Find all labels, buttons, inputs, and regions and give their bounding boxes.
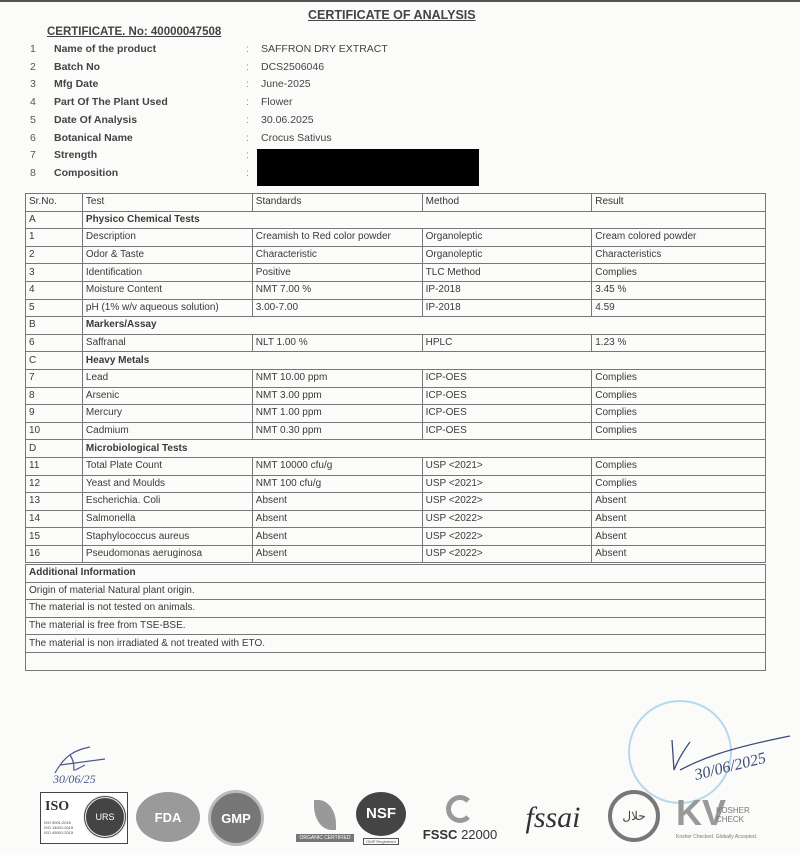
table-cell: 6 <box>26 334 83 352</box>
table-cell: NMT 1.00 ppm <box>252 405 422 423</box>
table-cell: ICP-OES <box>422 422 592 440</box>
certification-logos: ISO ISO 9001:2015ISO 14001:2015ISO 45001… <box>40 790 800 845</box>
info-label: Part Of The Plant Used <box>54 96 168 108</box>
table-cell: NLT 1.00 % <box>252 334 422 352</box>
table-cell: Salmonella <box>82 510 252 528</box>
additional-info-text: The material is non irradiated & not tre… <box>26 635 766 653</box>
info-row: 4Part Of The Plant Used:Flower <box>0 96 800 113</box>
table-cell: Absent <box>252 493 422 511</box>
table-cell: 3.45 % <box>592 281 766 299</box>
table-cell: Cream colored powder <box>592 229 766 247</box>
info-value: DCS2506046 <box>261 61 324 73</box>
info-label: Batch No <box>54 61 100 73</box>
additional-info-text: Origin of material Natural plant origin. <box>26 582 766 600</box>
additional-info-text: The material is not tested on animals. <box>26 600 766 618</box>
section-row: CHeavy Metals <box>26 352 766 370</box>
info-row: 2Batch No:DCS2506046 <box>0 61 800 78</box>
table-cell: 7 <box>26 369 83 387</box>
table-cell: 14 <box>26 510 83 528</box>
table-cell: Absent <box>252 528 422 546</box>
table-cell: HPLC <box>422 334 592 352</box>
info-row: 1Name of the product:SAFFRON DRY EXTRACT <box>0 43 800 60</box>
section-title: Heavy Metals <box>82 352 765 370</box>
additional-info-row: The material is free from TSE-BSE. <box>26 617 766 635</box>
fssai-logo: fssai <box>510 790 596 846</box>
table-cell: Cadmium <box>82 422 252 440</box>
table-cell: 4.59 <box>592 299 766 317</box>
table-cell: Complies <box>592 475 766 493</box>
table-cell: Complies <box>592 457 766 475</box>
organic-label: ORGANIC CERTIFIED <box>296 834 353 842</box>
table-cell: Organoleptic <box>422 229 592 247</box>
info-number: 5 <box>30 114 36 126</box>
info-number: 8 <box>30 167 36 179</box>
info-label: Name of the product <box>54 43 156 55</box>
table-row: 15Staphylococcus aureusAbsentUSP <2022>A… <box>26 528 766 546</box>
info-number: 1 <box>30 43 36 55</box>
table-cell: Lead <box>82 369 252 387</box>
signature-right: 30/06/2025 <box>660 730 800 790</box>
redacted-block <box>257 149 479 186</box>
section-title: Physico Chemical Tests <box>82 211 765 229</box>
table-cell: TLC Method <box>422 264 592 282</box>
table-cell: NMT 10.00 ppm <box>252 369 422 387</box>
table-cell: Characteristics <box>592 246 766 264</box>
table-cell: Mercury <box>82 405 252 423</box>
analysis-table: Sr.No.TestStandardsMethodResult APhysico… <box>25 193 766 563</box>
fda-logo: FDA <box>136 792 200 842</box>
table-cell: Creamish to Red color powder <box>252 229 422 247</box>
nsf-mark: NSF <box>356 792 406 836</box>
table-cell: Absent <box>592 545 766 563</box>
section-title: Microbiological Tests <box>82 440 765 458</box>
table-cell: Absent <box>252 545 422 563</box>
table-cell: Positive <box>252 264 422 282</box>
column-header: Standards <box>252 194 422 212</box>
additional-info-text <box>26 652 766 670</box>
table-cell: Absent <box>252 510 422 528</box>
info-value: Flower <box>261 96 293 108</box>
iso-logo: ISO ISO 9001:2015ISO 14001:2015ISO 45001… <box>40 792 128 844</box>
table-cell: USP <2022> <box>422 528 592 546</box>
svg-text:30/06/25: 30/06/25 <box>52 772 96 785</box>
additional-info-row <box>26 652 766 670</box>
section-code: A <box>26 211 83 229</box>
info-separator: : <box>246 96 249 108</box>
table-cell: USP <2022> <box>422 545 592 563</box>
info-value: Crocus Sativus <box>261 132 332 144</box>
table-cell: IP-2018 <box>422 299 592 317</box>
table-cell: 9 <box>26 405 83 423</box>
table-row: 2Odor & TasteCharacteristicOrganolepticC… <box>26 246 766 264</box>
table-row: 11Total Plate CountNMT 10000 cfu/gUSP <2… <box>26 457 766 475</box>
table-cell: Complies <box>592 264 766 282</box>
info-separator: : <box>246 114 249 126</box>
table-cell: Moisture Content <box>82 281 252 299</box>
table-cell: NMT 10000 cfu/g <box>252 457 422 475</box>
section-code: B <box>26 317 83 335</box>
info-label: Botanical Name <box>54 132 133 144</box>
table-row: 3IdentificationPositiveTLC MethodComplie… <box>26 264 766 282</box>
table-cell: Complies <box>592 405 766 423</box>
organic-certified-logo: ORGANIC CERTIFIED <box>290 790 360 842</box>
additional-info-row: The material is non irradiated & not tre… <box>26 635 766 653</box>
table-cell: USP <2021> <box>422 475 592 493</box>
table-cell: NMT 7.00 % <box>252 281 422 299</box>
table-cell: 8 <box>26 387 83 405</box>
table-cell: 3 <box>26 264 83 282</box>
table-row: 5pH (1% w/v aqueous solution)3.00-7.00IP… <box>26 299 766 317</box>
document-title: CERTIFICATE OF ANALYSIS <box>308 8 476 22</box>
additional-information-table: Additional InformationOrigin of material… <box>25 564 766 671</box>
info-label: Composition <box>54 167 118 179</box>
table-cell: 1.23 % <box>592 334 766 352</box>
iso-label: ISO <box>45 799 69 815</box>
table-header-row: Sr.No.TestStandardsMethodResult <box>26 194 766 212</box>
table-cell: Saffranal <box>82 334 252 352</box>
table-row: 12Yeast and MouldsNMT 100 cfu/gUSP <2021… <box>26 475 766 493</box>
table-cell: 5 <box>26 299 83 317</box>
additional-info-row: The material is not tested on animals. <box>26 600 766 618</box>
info-row: 3Mfg Date:June-2025 <box>0 78 800 95</box>
table-row: 16Pseudomonas aeruginosaAbsentUSP <2022>… <box>26 545 766 563</box>
table-cell: Complies <box>592 387 766 405</box>
table-cell: Complies <box>592 422 766 440</box>
table-row: 14SalmonellaAbsentUSP <2022>Absent <box>26 510 766 528</box>
certificate-number: CERTIFICATE. No: 40000047508 <box>47 26 221 38</box>
nsf-logo: NSF GMP Registered <box>355 790 407 846</box>
table-cell: Pseudomonas aeruginosa <box>82 545 252 563</box>
table-cell: 11 <box>26 457 83 475</box>
fssc-label: FSSC <box>423 827 458 842</box>
fssc-number: 22000 <box>461 827 497 842</box>
additional-info-title: Additional Information <box>26 565 766 583</box>
info-label: Date Of Analysis <box>54 114 137 126</box>
fssc-ring-icon <box>446 795 474 823</box>
kosher-text: KOSHERCHECK <box>716 806 750 824</box>
table-cell: 10 <box>26 422 83 440</box>
table-cell: 13 <box>26 493 83 511</box>
info-value: June-2025 <box>261 78 311 90</box>
urs-badge: URS <box>83 795 127 839</box>
info-number: 7 <box>30 149 36 161</box>
table-cell: USP <2021> <box>422 457 592 475</box>
table-cell: 16 <box>26 545 83 563</box>
table-cell: IP-2018 <box>422 281 592 299</box>
table-cell: Arsenic <box>82 387 252 405</box>
svg-text:30/06/2025: 30/06/2025 <box>692 750 768 784</box>
table-row: 4Moisture ContentNMT 7.00 %IP-20183.45 % <box>26 281 766 299</box>
table-row: 9MercuryNMT 1.00 ppmICP-OESComplies <box>26 405 766 423</box>
info-label: Strength <box>54 149 97 161</box>
info-row: 5Date Of Analysis:30.06.2025 <box>0 114 800 131</box>
table-cell: USP <2022> <box>422 493 592 511</box>
info-separator: : <box>246 43 249 55</box>
additional-info-text: The material is free from TSE-BSE. <box>26 617 766 635</box>
table-cell: Odor & Taste <box>82 246 252 264</box>
additional-info-row: Origin of material Natural plant origin. <box>26 582 766 600</box>
table-cell: Identification <box>82 264 252 282</box>
kosher-tagline: Kosher Checked. Globally Accepted. <box>676 834 757 840</box>
table-cell: Organoleptic <box>422 246 592 264</box>
table-cell: ICP-OES <box>422 387 592 405</box>
table-cell: 1 <box>26 229 83 247</box>
column-header: Sr.No. <box>26 194 83 212</box>
signature-left: 30/06/25 <box>45 745 120 785</box>
table-row: 7LeadNMT 10.00 ppmICP-OESComplies <box>26 369 766 387</box>
table-cell: Staphylococcus aureus <box>82 528 252 546</box>
table-cell: Absent <box>592 528 766 546</box>
section-row: DMicrobiological Tests <box>26 440 766 458</box>
info-number: 4 <box>30 96 36 108</box>
info-separator: : <box>246 61 249 73</box>
section-code: D <box>26 440 83 458</box>
table-cell: 12 <box>26 475 83 493</box>
info-number: 6 <box>30 132 36 144</box>
section-row: APhysico Chemical Tests <box>26 211 766 229</box>
table-cell: pH (1% w/v aqueous solution) <box>82 299 252 317</box>
fssc-logo: FSSC 22000 <box>412 790 508 846</box>
table-cell: NMT 0.30 ppm <box>252 422 422 440</box>
column-header: Result <box>592 194 766 212</box>
table-row: 13Escherichia. ColiAbsentUSP <2022>Absen… <box>26 493 766 511</box>
iso-standards: ISO 9001:2015ISO 14001:2015ISO 45001:201… <box>44 820 73 835</box>
info-number: 2 <box>30 61 36 73</box>
nsf-sub: GMP Registered <box>363 838 399 845</box>
info-separator: : <box>246 167 249 179</box>
info-label: Mfg Date <box>54 78 98 90</box>
table-cell: Absent <box>592 493 766 511</box>
table-row: 8ArsenicNMT 3.00 ppmICP-OESComplies <box>26 387 766 405</box>
info-separator: : <box>246 132 249 144</box>
section-title: Markers/Assay <box>82 317 765 335</box>
section-code: C <box>26 352 83 370</box>
table-cell: NMT 3.00 ppm <box>252 387 422 405</box>
leaf-icon <box>314 800 336 830</box>
table-cell: 4 <box>26 281 83 299</box>
table-cell: 15 <box>26 528 83 546</box>
table-cell: Escherichia. Coli <box>82 493 252 511</box>
table-row: 6SaffranalNLT 1.00 %HPLC1.23 % <box>26 334 766 352</box>
table-cell: Absent <box>592 510 766 528</box>
info-value: 30.06.2025 <box>261 114 314 126</box>
table-cell: Total Plate Count <box>82 457 252 475</box>
table-cell: 2 <box>26 246 83 264</box>
table-cell: NMT 100 cfu/g <box>252 475 422 493</box>
info-separator: : <box>246 78 249 90</box>
halal-logo: حلال <box>608 790 660 842</box>
info-separator: : <box>246 149 249 161</box>
column-header: Method <box>422 194 592 212</box>
table-cell: ICP-OES <box>422 405 592 423</box>
table-cell: Complies <box>592 369 766 387</box>
table-cell: Yeast and Moulds <box>82 475 252 493</box>
table-cell: Description <box>82 229 252 247</box>
section-row: BMarkers/Assay <box>26 317 766 335</box>
table-cell: Characteristic <box>252 246 422 264</box>
table-cell: USP <2022> <box>422 510 592 528</box>
table-cell: ICP-OES <box>422 369 592 387</box>
gmp-logo: GMP <box>208 790 264 846</box>
table-row: 1DescriptionCreamish to Red color powder… <box>26 229 766 247</box>
info-number: 3 <box>30 78 36 90</box>
info-row: 6Botanical Name:Crocus Sativus <box>0 132 800 149</box>
kosher-check-logo: KV KOSHERCHECK Kosher Checked. Globally … <box>676 790 794 846</box>
top-border <box>0 0 800 2</box>
table-row: 10CadmiumNMT 0.30 ppmICP-OESComplies <box>26 422 766 440</box>
info-value: SAFFRON DRY EXTRACT <box>261 43 388 55</box>
table-cell: 3.00-7.00 <box>252 299 422 317</box>
column-header: Test <box>82 194 252 212</box>
